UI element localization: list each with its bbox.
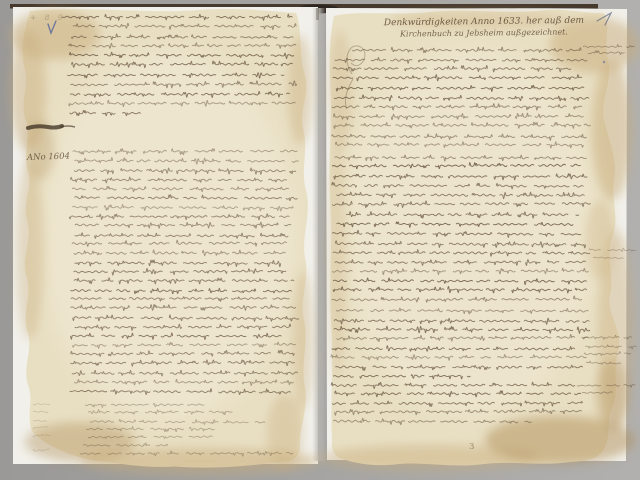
stain-blotch [596,360,628,430]
stain-blotch [25,422,135,462]
left-margin-year-label: ANo 1604 [26,152,70,164]
photo-background: Denkwürdigkeiten Anno 1633. her auß dem … [0,0,640,480]
stain-blotch [293,270,313,410]
gutter-shadow [312,8,326,461]
page-number: 3 [469,442,474,452]
stain-blotch [288,35,312,145]
stain-blotch [267,394,303,470]
left-corner-annotation: + 8 9 [30,13,66,22]
stain-blotch [585,200,615,280]
manuscript-scan: Denkwürdigkeiten Anno 1633. her auß dem … [0,0,640,480]
stain-blotch [328,30,352,150]
ink-smudge-stroke [28,126,62,128]
stain-blotch [592,60,632,200]
stain-blotch [16,160,44,340]
blue-ink-dot [603,61,605,63]
gutter-fold-shadow [316,8,319,20]
stain-blotch [327,140,347,380]
